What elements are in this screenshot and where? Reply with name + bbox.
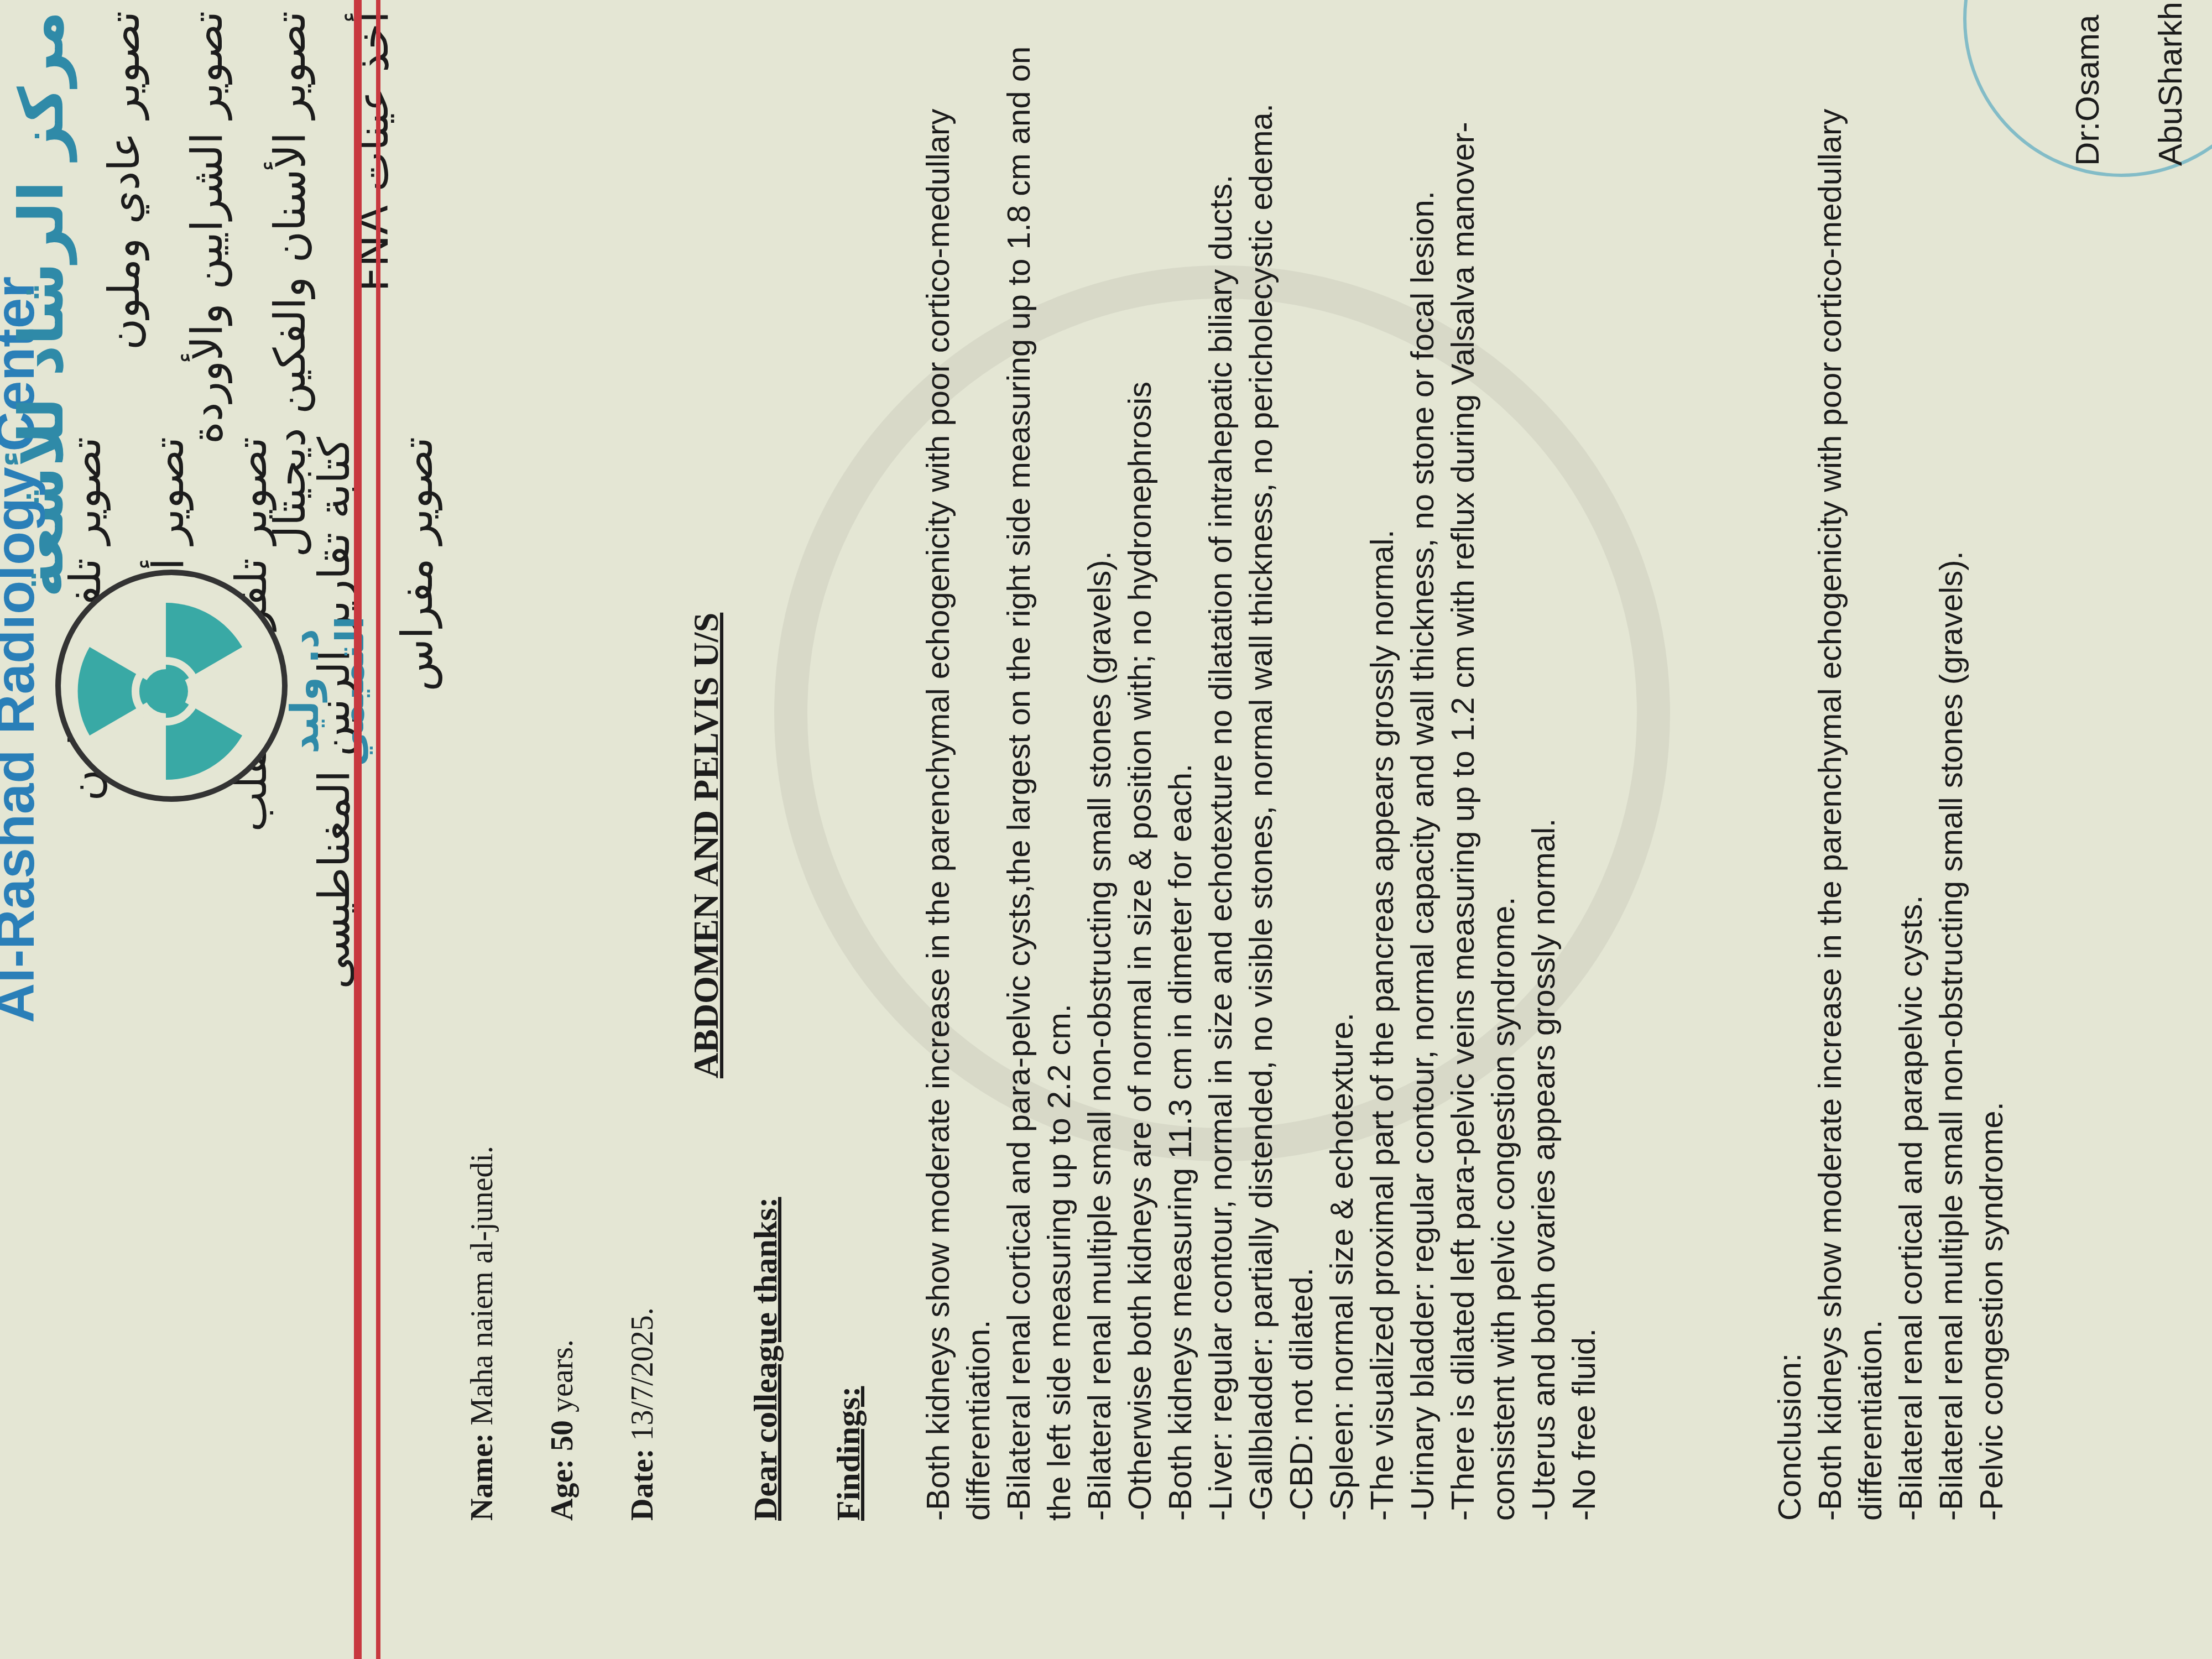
service-item: أخذ عينات FNA [332,11,415,730]
conclusion-item: -Bilateral renal cortical and parapelvic… [1891,17,1931,1521]
service-item: تصوير عادي وملون [83,11,166,730]
finding-item: -Gallbladder: partially distended, no vi… [1241,17,1281,1521]
name-label: Name: [465,1433,499,1521]
salutation: Dear colleague thanks: [747,1197,785,1521]
report-title: ABDOMEN AND PELVIS U/S [686,613,727,1078]
conclusion-item: -Both kidneys show moderate increase in … [1810,17,1891,1521]
header-divider [354,0,362,1659]
services-right: مركز الرشاد للأشعة تصوير عادي وملون تصوي… [0,11,415,730]
findings-heading: Findings: [830,1386,868,1521]
age-label: Age: [545,1459,580,1521]
center-name-ar: مركز الرشاد للأشعة [0,11,83,730]
signature-name: Dr:Osama AbuSharkh. [2046,0,2212,166]
finding-item: -CBD: not dilated. [1281,17,1322,1521]
conclusion-item: -Bilateral renal multiple small non-obst… [1931,17,1971,1521]
patient-info: Name: Maha naiem al-junedi. Age: 50 year… [442,1146,683,1521]
findings-list: -Both kidneys show moderate increase in … [918,17,1604,1521]
finding-item: -Both kidneys measuring 11.3 cm in dimet… [1160,17,1201,1521]
patient-age: 50 [545,1420,580,1451]
finding-item: -Bilateral renal multiple small non-obst… [1079,17,1120,1521]
service-item: تصوير الأسنان والفكين ديجيتال [249,11,332,730]
finding-item: -There is dilated left para-pelvic veins… [1443,17,1524,1521]
finding-item: -Urinary bladder: regular contour, norma… [1402,17,1443,1521]
finding-item: -The visualized proximal part of the pan… [1362,17,1402,1521]
date-label: Date: [625,1448,660,1521]
finding-item: -Liver: regular contour, normal in size … [1201,17,1241,1521]
finding-item: -Bilateral renal cortical and para-pelvi… [999,17,1079,1521]
finding-item: -Both kidneys show moderate increase in … [918,17,999,1521]
finding-item: -Uterus and both ovaries appears grossly… [1524,17,1564,1521]
age-unit: years. [545,1339,580,1412]
finding-item: -No free fluid. [1564,17,1604,1521]
signature: Dr:Osama AbuSharkh. Radiologist. [2046,0,2212,166]
header-divider [376,0,380,1659]
conclusion-heading: Conclusion: [1770,17,1810,1521]
service-item: تصوير الشرايين والأوردة [166,11,249,730]
finding-item: -Otherwise both kidneys are of normal in… [1120,17,1160,1521]
report-page: Al-Rashad Radiology Center تصوير تلفزيون… [0,0,2212,1659]
report-date: 13/7/2025. [625,1307,660,1441]
conclusion-item: -Pelvic congestion syndrome. [1971,17,2012,1521]
conclusion-section: Conclusion: -Both kidneys show moderate … [1770,17,2012,1521]
patient-name: Maha naiem al-junedi. [465,1146,499,1425]
finding-item: -Spleen: normal size & echotexture. [1322,17,1362,1521]
